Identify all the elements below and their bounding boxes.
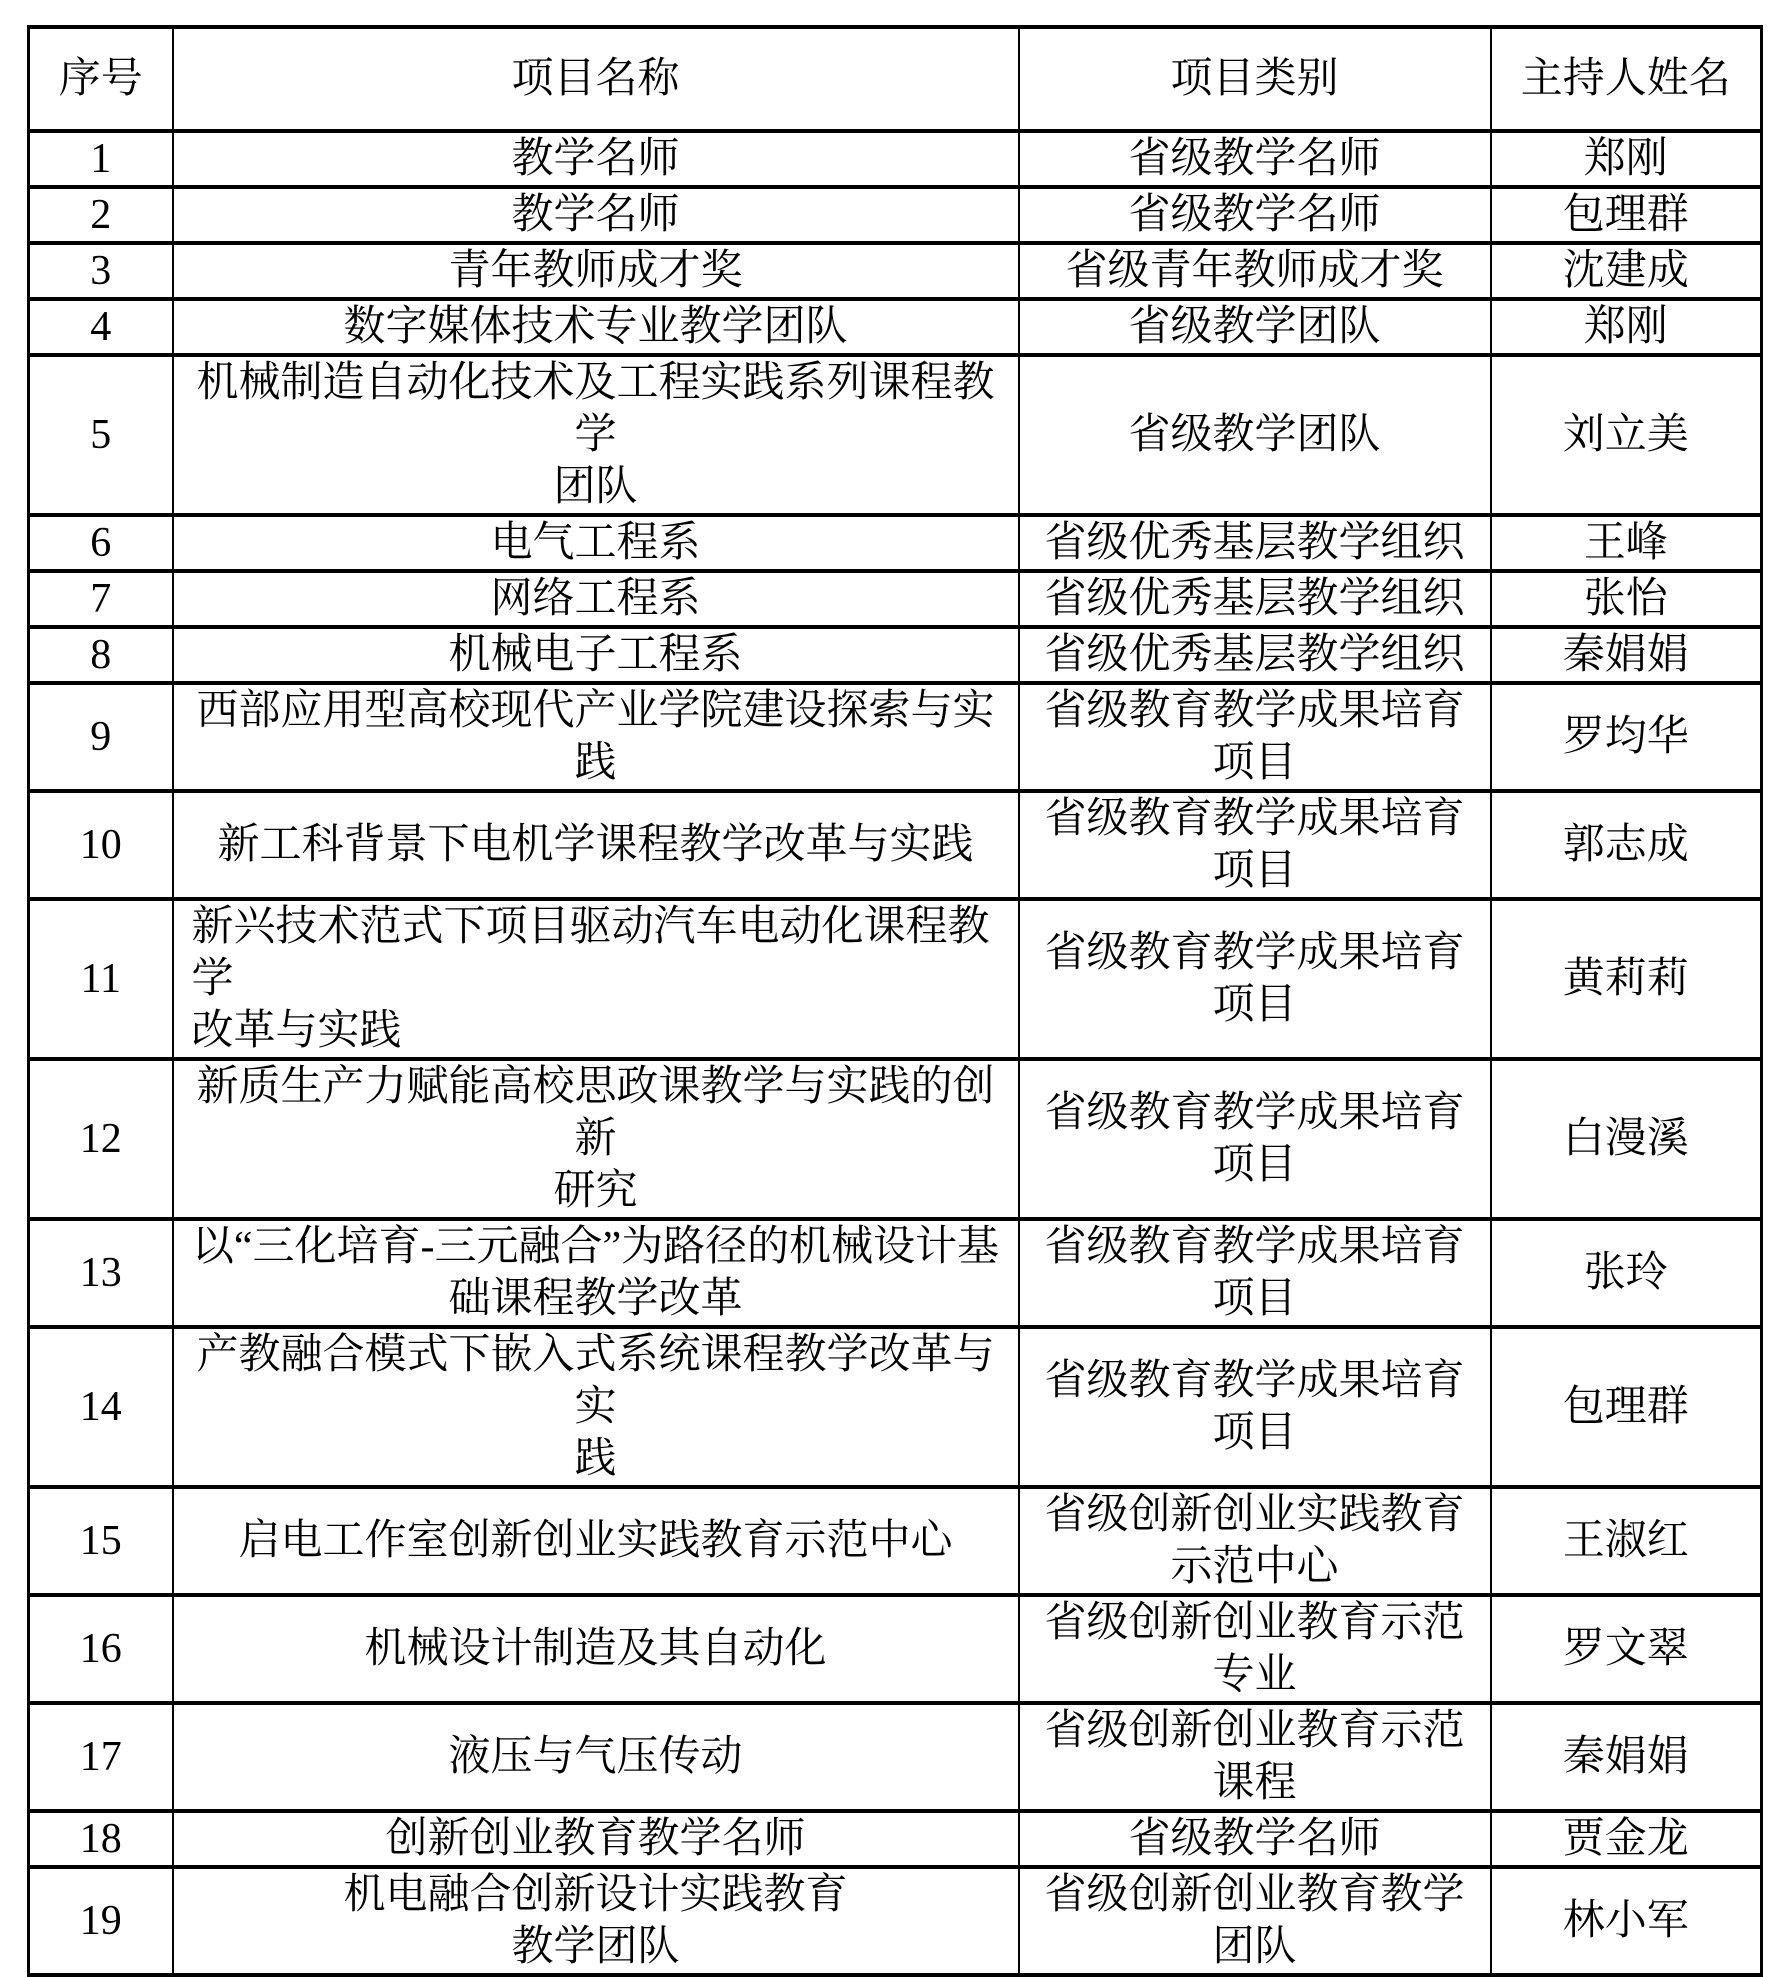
cell-serial-number: 16	[29, 1595, 173, 1703]
cell-serial-number: 1	[29, 131, 173, 187]
cell-leader-name: 白漫溪	[1491, 1059, 1762, 1219]
table-row: 6电气工程系省级优秀基层教学组织王峰	[29, 515, 1762, 571]
cell-serial-number: 8	[29, 627, 173, 683]
cell-project-name: 机械电子工程系	[173, 627, 1019, 683]
cell-serial-number: 3	[29, 243, 173, 299]
col-header-category: 项目类别	[1019, 27, 1491, 131]
cell-serial-number: 6	[29, 515, 173, 571]
cell-project-category: 省级教学名师	[1019, 187, 1491, 243]
table-body: 1教学名师省级教学名师郑刚2教学名师省级教学名师包理群3青年教师成才奖省级青年教…	[29, 131, 1762, 1975]
cell-project-name: 新工科背景下电机学课程教学改革与实践	[173, 791, 1019, 899]
cell-serial-number: 14	[29, 1327, 173, 1487]
awards-table: 序号 项目名称 项目类别 主持人姓名 1教学名师省级教学名师郑刚2教学名师省级教…	[27, 25, 1763, 1977]
cell-serial-number: 13	[29, 1219, 173, 1327]
cell-serial-number: 19	[29, 1867, 173, 1975]
cell-project-category: 省级教学团队	[1019, 299, 1491, 355]
cell-project-category: 省级优秀基层教学组织	[1019, 515, 1491, 571]
cell-serial-number: 11	[29, 899, 173, 1059]
cell-project-category: 省级优秀基层教学组织	[1019, 571, 1491, 627]
cell-project-category: 省级创新创业教育示范 课程	[1019, 1703, 1491, 1811]
cell-leader-name: 王淑红	[1491, 1487, 1762, 1595]
cell-leader-name: 罗均华	[1491, 683, 1762, 791]
table-row: 14产教融合模式下嵌入式系统课程教学改革与实 践省级教育教学成果培育 项目包理群	[29, 1327, 1762, 1487]
cell-project-name: 教学名师	[173, 187, 1019, 243]
cell-project-category: 省级教学团队	[1019, 355, 1491, 515]
cell-leader-name: 贾金龙	[1491, 1811, 1762, 1867]
cell-leader-name: 刘立美	[1491, 355, 1762, 515]
cell-project-category: 省级教育教学成果培育 项目	[1019, 683, 1491, 791]
cell-project-name: 机械制造自动化技术及工程实践系列课程教学 团队	[173, 355, 1019, 515]
cell-leader-name: 张怡	[1491, 571, 1762, 627]
table-row: 16机械设计制造及其自动化省级创新创业教育示范 专业罗文翠	[29, 1595, 1762, 1703]
cell-project-name: 数字媒体技术专业教学团队	[173, 299, 1019, 355]
cell-serial-number: 10	[29, 791, 173, 899]
cell-project-name: 新兴技术范式下项目驱动汽车电动化课程教学 改革与实践	[173, 899, 1019, 1059]
table-row: 3青年教师成才奖省级青年教师成才奖沈建成	[29, 243, 1762, 299]
table-row: 19机电融合创新设计实践教育 教学团队省级创新创业教育教学 团队林小军	[29, 1867, 1762, 1975]
cell-serial-number: 18	[29, 1811, 173, 1867]
cell-leader-name: 秦娟娟	[1491, 1703, 1762, 1811]
cell-project-name: 以“三化培育-三元融合”为路径的机械设计基 础课程教学改革	[173, 1219, 1019, 1327]
cell-project-category: 省级创新创业教育示范 专业	[1019, 1595, 1491, 1703]
cell-project-name: 液压与气压传动	[173, 1703, 1019, 1811]
header-row: 序号 项目名称 项目类别 主持人姓名	[29, 27, 1762, 131]
cell-leader-name: 王峰	[1491, 515, 1762, 571]
cell-project-category: 省级创新创业教育教学 团队	[1019, 1867, 1491, 1975]
col-header-leader: 主持人姓名	[1491, 27, 1762, 131]
table-row: 2教学名师省级教学名师包理群	[29, 187, 1762, 243]
cell-serial-number: 7	[29, 571, 173, 627]
cell-leader-name: 沈建成	[1491, 243, 1762, 299]
table-row: 17液压与气压传动省级创新创业教育示范 课程秦娟娟	[29, 1703, 1762, 1811]
document-page: 序号 项目名称 项目类别 主持人姓名 1教学名师省级教学名师郑刚2教学名师省级教…	[0, 0, 1783, 1977]
cell-leader-name: 包理群	[1491, 187, 1762, 243]
col-header-name: 项目名称	[173, 27, 1019, 131]
cell-project-category: 省级教育教学成果培育 项目	[1019, 791, 1491, 899]
cell-serial-number: 5	[29, 355, 173, 515]
table-row: 13以“三化培育-三元融合”为路径的机械设计基 础课程教学改革省级教育教学成果培…	[29, 1219, 1762, 1327]
cell-leader-name: 郑刚	[1491, 299, 1762, 355]
table-row: 5机械制造自动化技术及工程实践系列课程教学 团队省级教学团队刘立美	[29, 355, 1762, 515]
cell-project-category: 省级教育教学成果培育 项目	[1019, 1059, 1491, 1219]
cell-project-name: 电气工程系	[173, 515, 1019, 571]
cell-project-name: 创新创业教育教学名师	[173, 1811, 1019, 1867]
table-row: 10新工科背景下电机学课程教学改革与实践省级教育教学成果培育 项目郭志成	[29, 791, 1762, 899]
cell-project-name: 网络工程系	[173, 571, 1019, 627]
cell-leader-name: 黄莉莉	[1491, 899, 1762, 1059]
cell-leader-name: 郭志成	[1491, 791, 1762, 899]
table-row: 12新质生产力赋能高校思政课教学与实践的创新 研究省级教育教学成果培育 项目白漫…	[29, 1059, 1762, 1219]
cell-serial-number: 17	[29, 1703, 173, 1811]
cell-leader-name: 林小军	[1491, 1867, 1762, 1975]
cell-project-category: 省级优秀基层教学组织	[1019, 627, 1491, 683]
cell-leader-name: 包理群	[1491, 1327, 1762, 1487]
table-row: 9西部应用型高校现代产业学院建设探索与实践省级教育教学成果培育 项目罗均华	[29, 683, 1762, 791]
cell-serial-number: 4	[29, 299, 173, 355]
cell-serial-number: 12	[29, 1059, 173, 1219]
col-header-no: 序号	[29, 27, 173, 131]
cell-project-name: 教学名师	[173, 131, 1019, 187]
table-row: 18创新创业教育教学名师省级教学名师贾金龙	[29, 1811, 1762, 1867]
cell-project-name: 机械设计制造及其自动化	[173, 1595, 1019, 1703]
cell-project-name: 西部应用型高校现代产业学院建设探索与实践	[173, 683, 1019, 791]
cell-project-category: 省级教育教学成果培育 项目	[1019, 899, 1491, 1059]
table-row: 11新兴技术范式下项目驱动汽车电动化课程教学 改革与实践省级教育教学成果培育 项…	[29, 899, 1762, 1059]
table-row: 7网络工程系省级优秀基层教学组织张怡	[29, 571, 1762, 627]
cell-project-category: 省级教学名师	[1019, 131, 1491, 187]
cell-serial-number: 15	[29, 1487, 173, 1595]
cell-leader-name: 秦娟娟	[1491, 627, 1762, 683]
cell-project-category: 省级青年教师成才奖	[1019, 243, 1491, 299]
cell-leader-name: 张玲	[1491, 1219, 1762, 1327]
cell-project-category: 省级创新创业实践教育 示范中心	[1019, 1487, 1491, 1595]
table-row: 15启电工作室创新创业实践教育示范中心省级创新创业实践教育 示范中心王淑红	[29, 1487, 1762, 1595]
cell-serial-number: 2	[29, 187, 173, 243]
cell-project-name: 启电工作室创新创业实践教育示范中心	[173, 1487, 1019, 1595]
table-row: 1教学名师省级教学名师郑刚	[29, 131, 1762, 187]
cell-project-name: 青年教师成才奖	[173, 243, 1019, 299]
cell-project-category: 省级教学名师	[1019, 1811, 1491, 1867]
cell-leader-name: 郑刚	[1491, 131, 1762, 187]
table-row: 4数字媒体技术专业教学团队省级教学团队郑刚	[29, 299, 1762, 355]
cell-project-category: 省级教育教学成果培育 项目	[1019, 1327, 1491, 1487]
cell-project-name: 机电融合创新设计实践教育 教学团队	[173, 1867, 1019, 1975]
table-row: 8机械电子工程系省级优秀基层教学组织秦娟娟	[29, 627, 1762, 683]
cell-project-name: 产教融合模式下嵌入式系统课程教学改革与实 践	[173, 1327, 1019, 1487]
cell-serial-number: 9	[29, 683, 173, 791]
cell-project-name: 新质生产力赋能高校思政课教学与实践的创新 研究	[173, 1059, 1019, 1219]
cell-project-category: 省级教育教学成果培育 项目	[1019, 1219, 1491, 1327]
cell-leader-name: 罗文翠	[1491, 1595, 1762, 1703]
